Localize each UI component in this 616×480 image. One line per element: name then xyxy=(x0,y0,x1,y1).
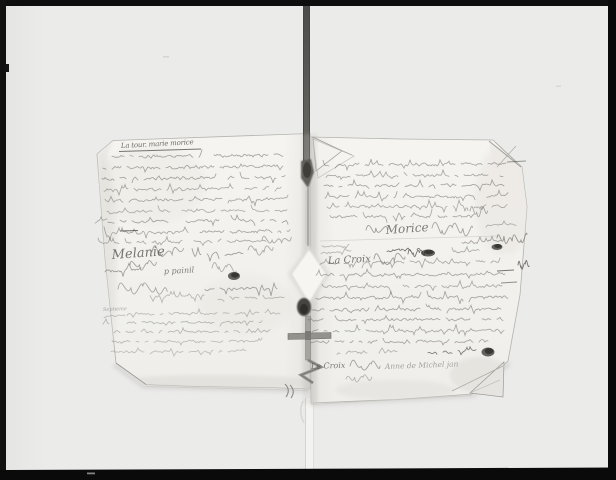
ink-blot xyxy=(421,250,435,257)
scanned-manuscript-photo: La tour. marie morice xyxy=(0,0,616,480)
sig-lecroix: Le Croix xyxy=(310,361,346,371)
background-speck xyxy=(163,56,169,58)
ink-blot xyxy=(482,348,495,357)
ink-blot xyxy=(492,244,503,250)
manuscript-scan-canvas: La tour. marie moriceMelaniep painilMori… xyxy=(0,0,616,480)
frame-right xyxy=(608,0,616,480)
pen-dash xyxy=(120,231,138,232)
frame-top xyxy=(0,0,616,6)
ink-blot xyxy=(228,272,240,280)
background-speck xyxy=(556,86,561,88)
sig-lacroix: La Croix xyxy=(327,254,372,267)
frame-bottom-dash xyxy=(87,473,95,475)
frame-left-notch xyxy=(6,64,10,72)
frame-left xyxy=(0,0,6,480)
binding-ink-blob xyxy=(297,298,311,316)
sig-ppainil: p painil xyxy=(164,265,195,276)
margin-septieme: Septieme xyxy=(103,306,127,313)
